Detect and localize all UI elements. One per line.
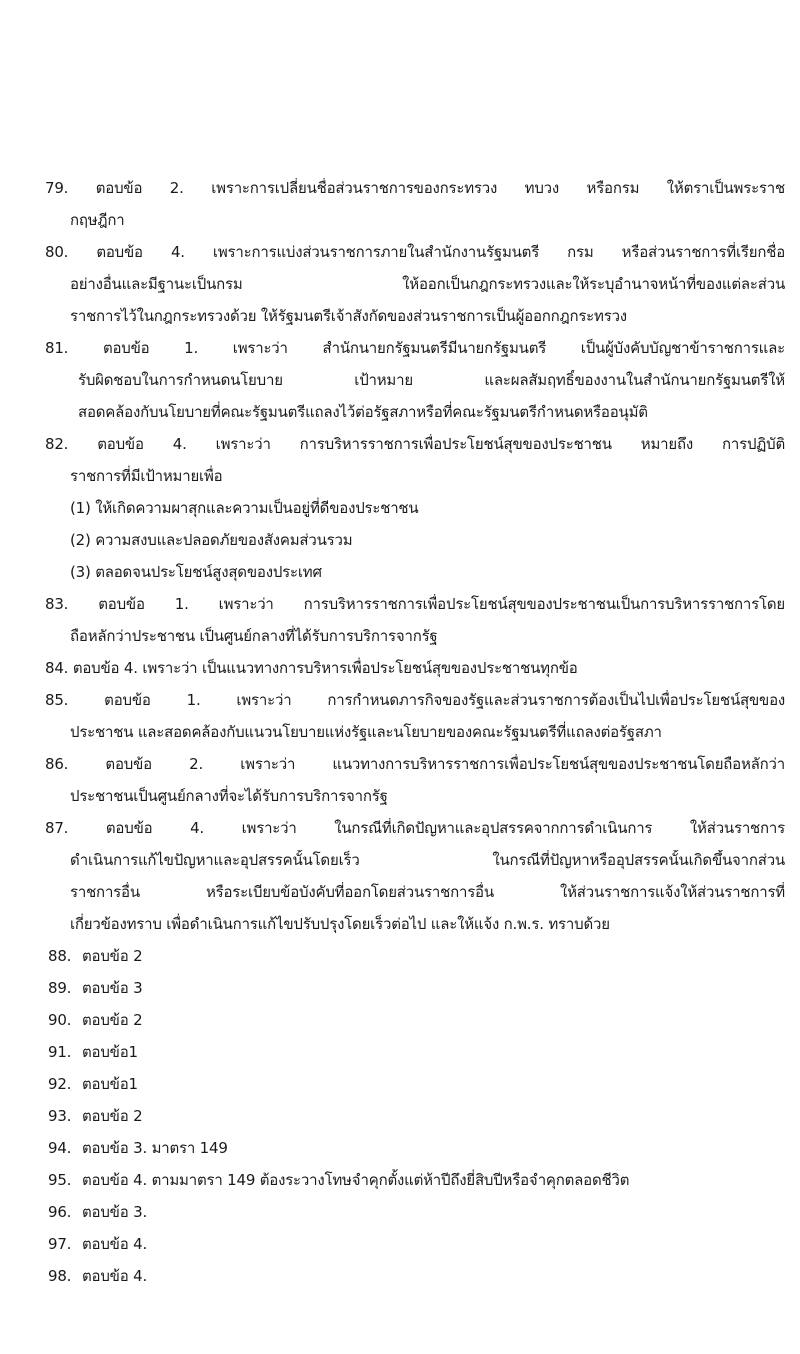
answer-text: ตอบข้อ 4.	[82, 1235, 147, 1253]
answer-line-l83b: ถือหลักว่าประชาชน เป็นศูนย์กลางที่ได้รับ…	[70, 626, 438, 646]
answer-item-a88: 88.ตอบข้อ 2	[48, 946, 142, 966]
answer-text: ตอบข้อ 4. ตามมาตรา 149 ต้องระวางโทษจำคุก…	[82, 1171, 629, 1189]
answer-number: 92.	[48, 1074, 82, 1094]
answer-item-a96: 96.ตอบข้อ 3.	[48, 1202, 147, 1222]
answer-number: 98.	[48, 1266, 82, 1286]
answer-line-l82a: 82. ตอบข้อ 4. เพราะว่า การบริหารราชการเพ…	[45, 434, 785, 454]
answer-line-l80b: อย่างอื่นและมีฐานะเป็นกรม ให้ออกเป็นกฎกร…	[70, 274, 785, 294]
answer-number: 93.	[48, 1106, 82, 1126]
answer-item-a91: 91.ตอบข้อ1	[48, 1042, 138, 1062]
answer-line-l81b: รับผิดชอบในการกำหนดนโยบาย เป้าหมาย และผล…	[78, 370, 785, 390]
answer-number: 97.	[48, 1234, 82, 1254]
answer-number: 89.	[48, 978, 82, 998]
answer-line-l87c: ราชการอื่น หรือระเบียบข้อบังคับที่ออกโดย…	[70, 882, 785, 902]
answer-text: ตอบข้อ1	[82, 1075, 138, 1093]
answer-item-a94: 94.ตอบข้อ 3. มาตรา 149	[48, 1138, 228, 1158]
answer-line-l82c: (1) ให้เกิดความผาสุกและความเป็นอยู่ที่ดี…	[70, 498, 418, 518]
answer-line-l82d: (2) ความสงบและปลอดภัยของสังคมส่วนรวม	[70, 530, 352, 550]
answer-number: 91.	[48, 1042, 82, 1062]
answer-item-a98: 98.ตอบข้อ 4.	[48, 1266, 147, 1286]
answer-line-l81a: 81. ตอบข้อ 1. เพราะว่า สำนักนายกรัฐมนตรี…	[45, 338, 785, 358]
answer-line-l86b: ประชาชนเป็นศูนย์กลางที่จะได้รับการบริการ…	[70, 786, 388, 806]
answer-line-l82b: ราชการที่มีเป้าหมายเพื่อ	[70, 466, 222, 486]
answer-item-a97: 97.ตอบข้อ 4.	[48, 1234, 147, 1254]
answer-item-a89: 89.ตอบข้อ 3	[48, 978, 142, 998]
answer-text: ตอบข้อ 2	[82, 1107, 142, 1125]
answer-line-l87d: เกี่ยวข้องทราบ เพื่อดำเนินการแก้ไขปรับปร…	[70, 914, 610, 934]
answer-line-l84a: 84. ตอบข้อ 4. เพราะว่า เป็นแนวทางการบริห…	[45, 658, 578, 678]
answer-line-l87b: ดำเนินการแก้ไขปัญหาและอุปสรรคนั้นโดยเร็ว…	[70, 850, 785, 870]
answer-item-a93: 93.ตอบข้อ 2	[48, 1106, 142, 1126]
answer-line-l80c: ราชการไว้ในกฎกระทรวงด้วย ให้รัฐมนตรีเจ้า…	[70, 306, 627, 326]
answer-text: ตอบข้อ1	[82, 1043, 138, 1061]
answer-line-l83a: 83. ตอบข้อ 1. เพราะว่า การบริหารราชการเพ…	[45, 594, 785, 614]
answer-line-l85b: ประชาชน และสอดคล้องกับแนวนโยบายแห่งรัฐแล…	[70, 722, 662, 742]
answer-line-l82e: (3) ตลอดจนประโยชน์สูงสุดของประเทศ	[70, 562, 322, 582]
answer-line-l87a: 87. ตอบข้อ 4. เพราะว่า ในกรณีที่เกิดปัญห…	[45, 818, 785, 838]
answer-line-l79b: กฤษฎีกา	[70, 210, 124, 230]
answer-line-l80a: 80. ตอบข้อ 4. เพราะการแบ่งส่วนราชการภายใ…	[45, 242, 785, 262]
answer-line-l81c: สอดคล้องกับนโยบายที่คณะรัฐมนตรีแถลงไว้ต่…	[78, 402, 648, 422]
answer-line-l79a: 79. ตอบข้อ 2. เพราะการเปลี่ยนชื่อส่วนราช…	[45, 178, 785, 198]
answer-item-a90: 90.ตอบข้อ 2	[48, 1010, 142, 1030]
answer-item-a92: 92.ตอบข้อ1	[48, 1074, 138, 1094]
answer-item-a95: 95.ตอบข้อ 4. ตามมาตรา 149 ต้องระวางโทษจำ…	[48, 1170, 629, 1190]
answer-number: 88.	[48, 946, 82, 966]
answer-text: ตอบข้อ 2	[82, 1011, 142, 1029]
answer-key-page: 79. ตอบข้อ 2. เพราะการเปลี่ยนชื่อส่วนราช…	[0, 0, 800, 1354]
answer-text: ตอบข้อ 3	[82, 979, 142, 997]
answer-text: ตอบข้อ 4.	[82, 1267, 147, 1285]
answer-number: 90.	[48, 1010, 82, 1030]
answer-text: ตอบข้อ 3.	[82, 1203, 147, 1221]
answer-number: 95.	[48, 1170, 82, 1190]
answer-text: ตอบข้อ 2	[82, 947, 142, 965]
answer-line-l86a: 86. ตอบข้อ 2. เพราะว่า แนวทางการบริหารรา…	[45, 754, 785, 774]
answer-text: ตอบข้อ 3. มาตรา 149	[82, 1139, 228, 1157]
answer-number: 96.	[48, 1202, 82, 1222]
answer-number: 94.	[48, 1138, 82, 1158]
answer-line-l85a: 85. ตอบข้อ 1. เพราะว่า การกำหนดภารกิจของ…	[45, 690, 785, 710]
